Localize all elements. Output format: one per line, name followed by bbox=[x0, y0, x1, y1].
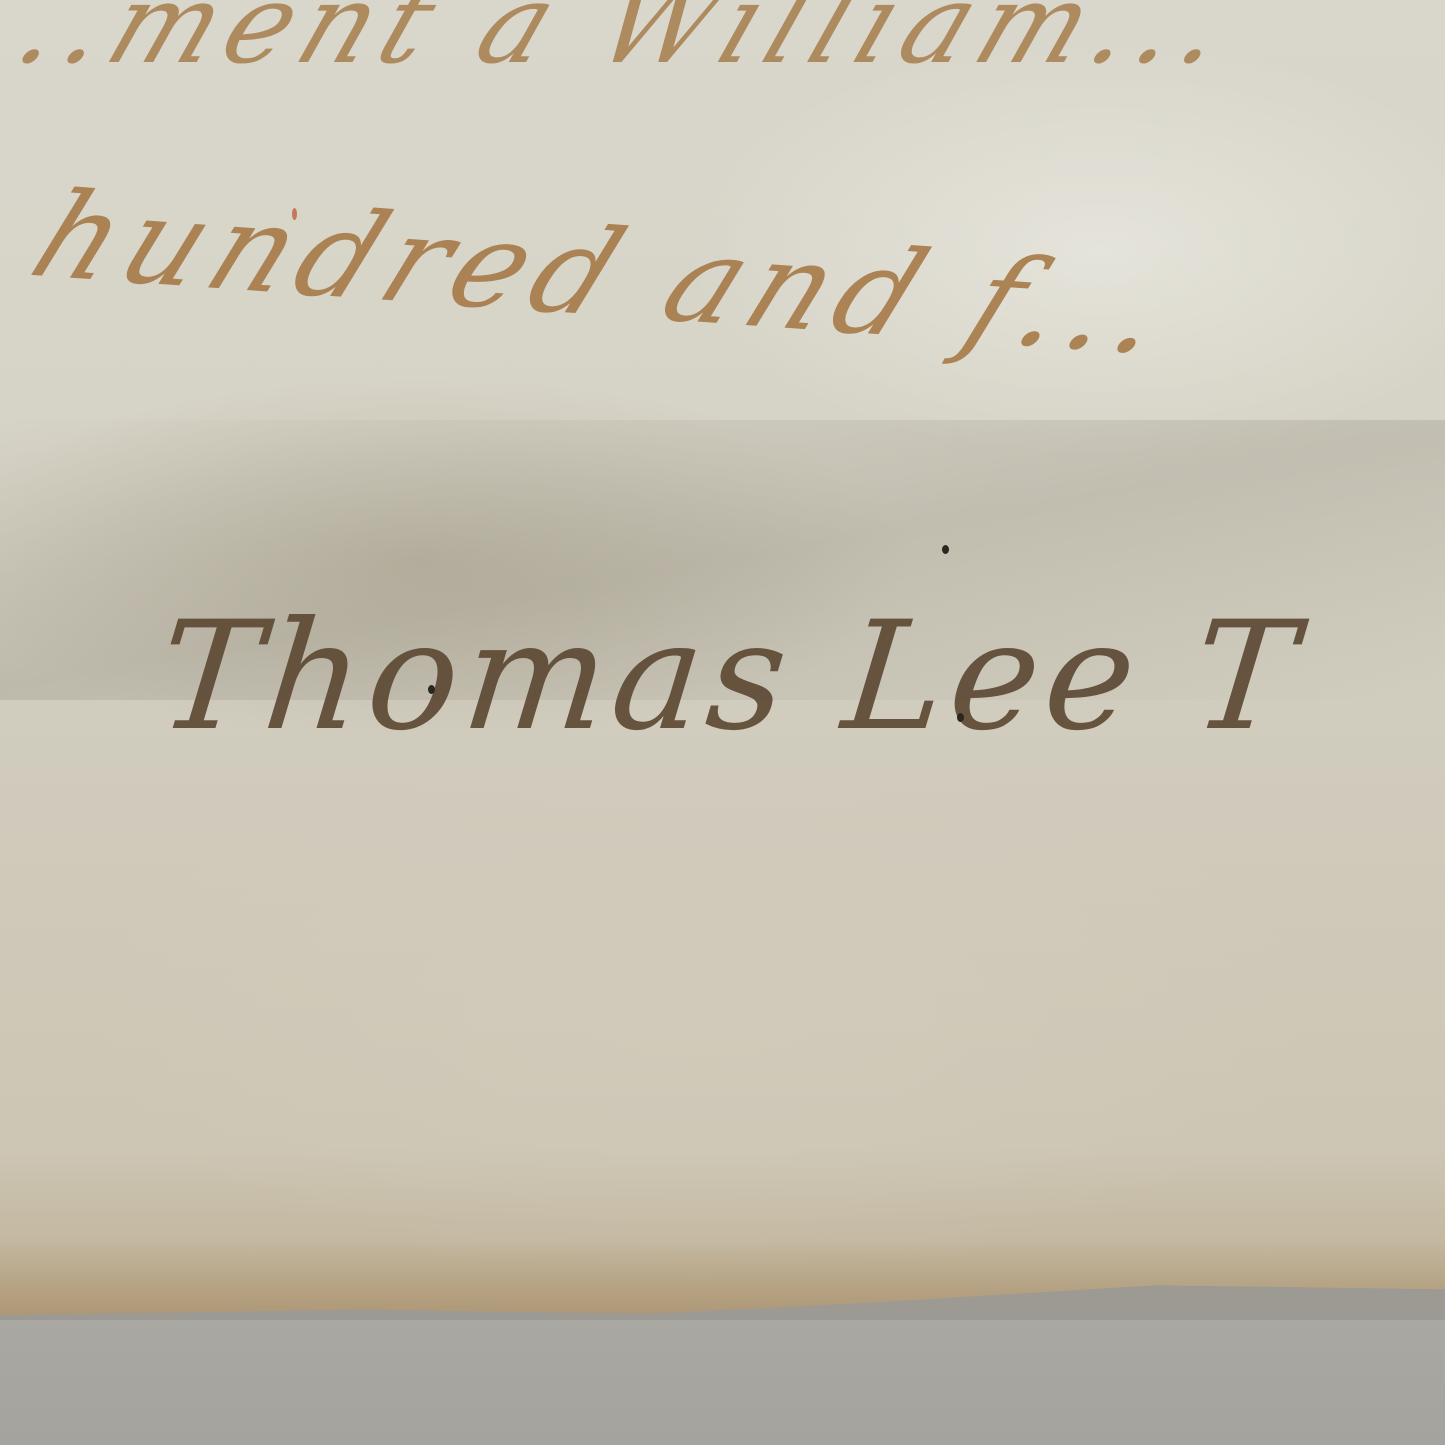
parchment-sheet: ...ment a William... hundred and f... Th… bbox=[0, 0, 1445, 1350]
background-surface bbox=[0, 1320, 1445, 1445]
red-ink-mark bbox=[292, 208, 297, 220]
signature: Thomas Lee T bbox=[151, 590, 1309, 764]
handwritten-line-1: ...ment a William... bbox=[0, 0, 1255, 88]
ink-speck bbox=[942, 545, 949, 554]
ink-speck bbox=[428, 685, 435, 694]
ink-speck bbox=[957, 713, 964, 722]
handwritten-line-2: hundred and f... bbox=[14, 167, 1196, 381]
